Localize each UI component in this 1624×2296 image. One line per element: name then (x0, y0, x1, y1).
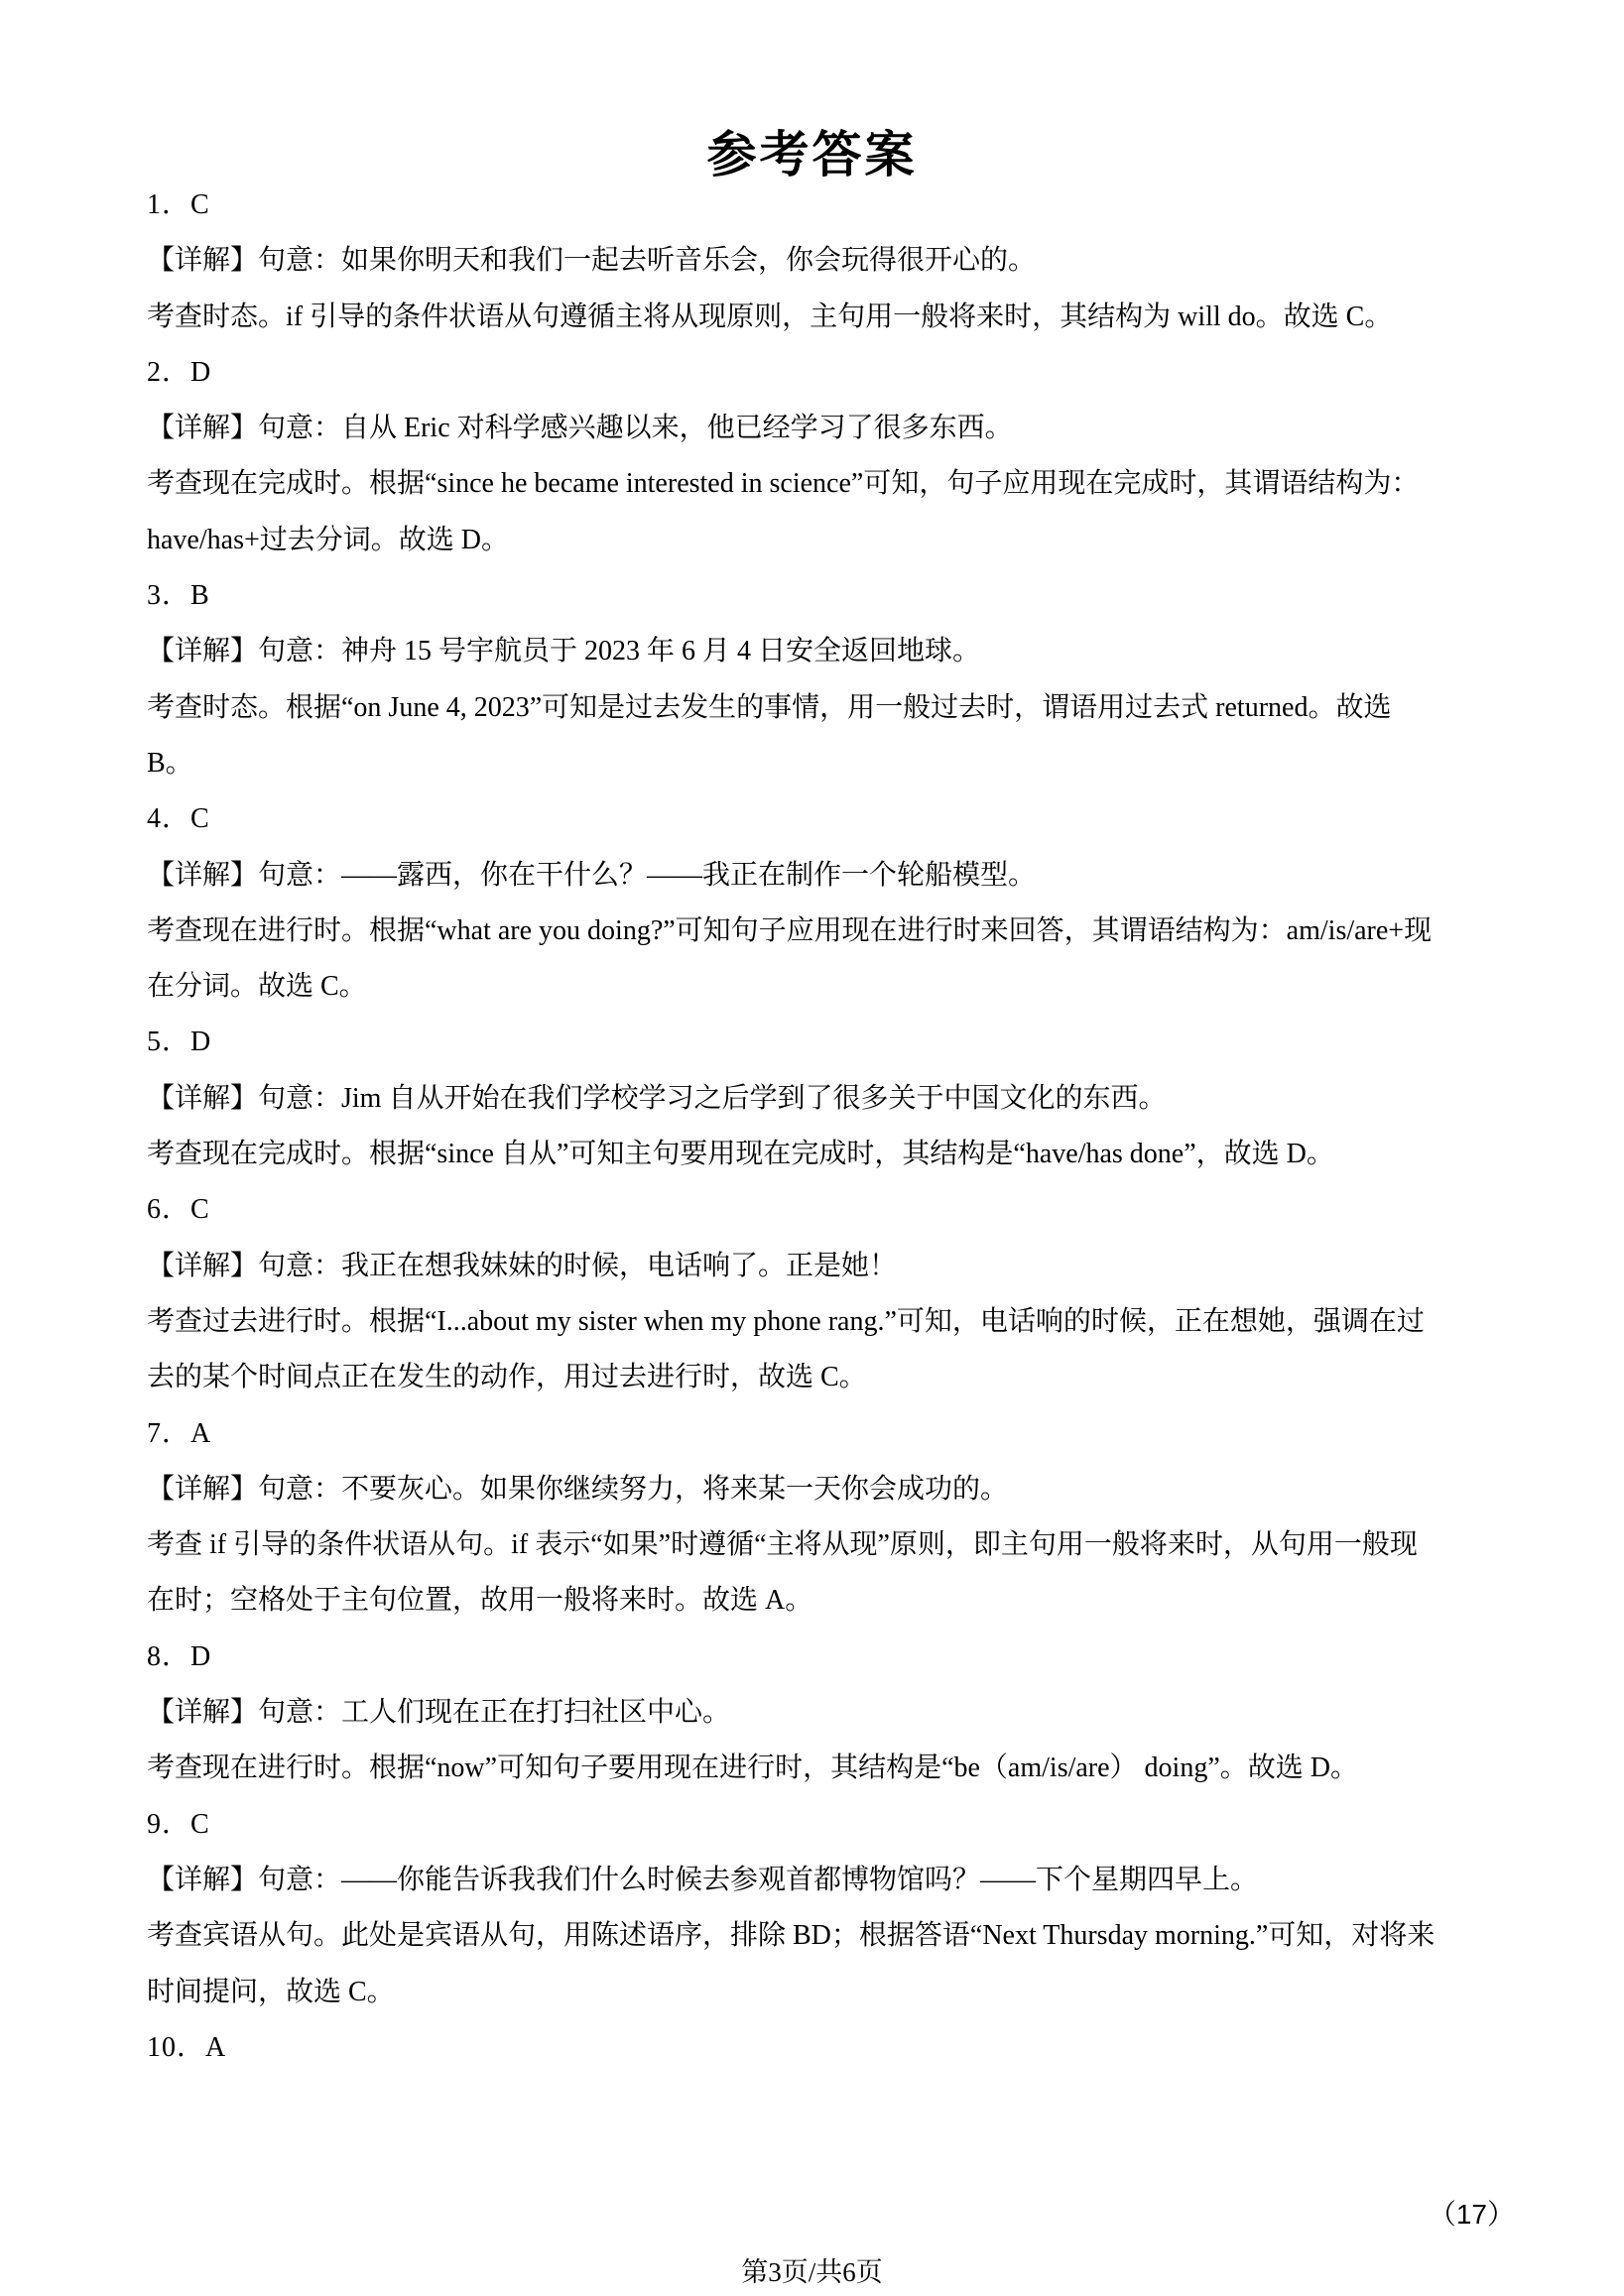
answer-label: 10．A (147, 2020, 1481, 2076)
answer-item-10: 10．A (147, 2020, 1481, 2076)
explanation-line: 【详解】句意：Jim 自从开始在我们学校学习之后学到了很多关于中国文化的东西。 (147, 1071, 1481, 1127)
explanation-line: 考查现在进行时。根据“now”可知句子要用现在进行时，其结构是“be（am/is… (147, 1741, 1481, 1796)
explanation-line: 考查时态。if 引导的条件状语从句遵循主将从现原则，主句用一般将来时，其结构为 … (147, 290, 1481, 345)
explanation-line: 考查现在完成时。根据“since 自从”可知主句要用现在完成时，其结构是“hav… (147, 1127, 1481, 1182)
explanation-line: 【详解】句意：神舟 15 号宇航员于 2023 年 6 月 4 日安全返回地球。 (147, 624, 1481, 679)
explanation-line: 去的某个时间点正在发生的动作，用过去进行时，故选 C。 (147, 1350, 1481, 1405)
answer-item-1: 1．C 【详解】句意：如果你明天和我们一起去听音乐会，你会玩得很开心的。 考查时… (147, 178, 1481, 345)
document-page: 参考答案 1．C 【详解】句意：如果你明天和我们一起去听音乐会，你会玩得很开心的… (0, 0, 1624, 2296)
explanation-line: B。 (147, 736, 1481, 791)
explanation-line: 【详解】句意：我正在想我妹妹的时候，电话响了。正是她！ (147, 1239, 1481, 1294)
answer-item-3: 3．B 【详解】句意：神舟 15 号宇航员于 2023 年 6 月 4 日安全返… (147, 568, 1481, 791)
explanation-line: 【详解】句意：——你能告诉我我们什么时候去参观首都博物馆吗？——下个星期四早上。 (147, 1853, 1481, 1908)
explanation-line: 考查时态。根据“on June 4, 2023”可知是过去发生的事情，用一般过去… (147, 680, 1481, 736)
answer-label: 7．A (147, 1406, 1481, 1462)
answer-label: 5．D (147, 1015, 1481, 1070)
explanation-line: 【详解】句意：——露西，你在干什么？——我正在制作一个轮船模型。 (147, 848, 1481, 904)
explanation-line: 在时；空格处于主句位置，故用一般将来时。故选 A。 (147, 1573, 1481, 1629)
answer-item-2: 2．D 【详解】句意：自从 Eric 对科学感兴趣以来，他已经学习了很多东西。 … (147, 345, 1481, 568)
corner-note: （17） (1429, 2198, 1515, 2232)
page-number-indicator: 第3页/共6页 (0, 2255, 1624, 2289)
answer-item-4: 4．C 【详解】句意：——露西，你在干什么？——我正在制作一个轮船模型。 考查现… (147, 791, 1481, 1015)
answer-label: 3．B (147, 568, 1481, 624)
answer-item-8: 8．D 【详解】句意：工人们现在正在打扫社区中心。 考查现在进行时。根据“now… (147, 1630, 1481, 1797)
explanation-line: 【详解】句意：不要灰心。如果你继续努力，将来某一天你会成功的。 (147, 1462, 1481, 1517)
answer-label: 1．C (147, 178, 1481, 233)
explanation-line: 【详解】句意：如果你明天和我们一起去听音乐会，你会玩得很开心的。 (147, 233, 1481, 289)
explanation-line: 考查现在完成时。根据“since he became interested in… (147, 456, 1481, 512)
answer-item-9: 9．C 【详解】句意：——你能告诉我我们什么时候去参观首都博物馆吗？——下个星期… (147, 1797, 1481, 2020)
answer-label: 4．C (147, 791, 1481, 847)
explanation-line: 【详解】句意：工人们现在正在打扫社区中心。 (147, 1685, 1481, 1741)
explanation-line: 在分词。故选 C。 (147, 959, 1481, 1015)
explanation-line: 考查宾语从句。此处是宾语从句，用陈述语序，排除 BD；根据答语“Next Thu… (147, 1908, 1481, 1964)
answer-label: 2．D (147, 345, 1481, 401)
page-title: 参考答案 (0, 125, 1624, 184)
answer-item-6: 6．C 【详解】句意：我正在想我妹妹的时候，电话响了。正是她！ 考查过去进行时。… (147, 1182, 1481, 1405)
explanation-line: 时间提问，故选 C。 (147, 1965, 1481, 2020)
answer-item-5: 5．D 【详解】句意：Jim 自从开始在我们学校学习之后学到了很多关于中国文化的… (147, 1015, 1481, 1182)
explanation-line: 考查过去进行时。根据“I...about my sister when my p… (147, 1294, 1481, 1350)
explanation-line: have/has+过去分词。故选 D。 (147, 513, 1481, 568)
explanation-line: 考查现在进行时。根据“what are you doing?”可知句子应用现在进… (147, 904, 1481, 959)
explanation-line: 考查 if 引导的条件状语从句。if 表示“如果”时遵循“主将从现”原则，即主句… (147, 1517, 1481, 1573)
answer-item-7: 7．A 【详解】句意：不要灰心。如果你继续努力，将来某一天你会成功的。 考查 i… (147, 1406, 1481, 1630)
answer-label: 8．D (147, 1630, 1481, 1685)
answers-content: 1．C 【详解】句意：如果你明天和我们一起去听音乐会，你会玩得很开心的。 考查时… (147, 178, 1481, 2076)
explanation-line: 【详解】句意：自从 Eric 对科学感兴趣以来，他已经学习了很多东西。 (147, 401, 1481, 456)
answer-label: 9．C (147, 1797, 1481, 1853)
answer-label: 6．C (147, 1182, 1481, 1238)
